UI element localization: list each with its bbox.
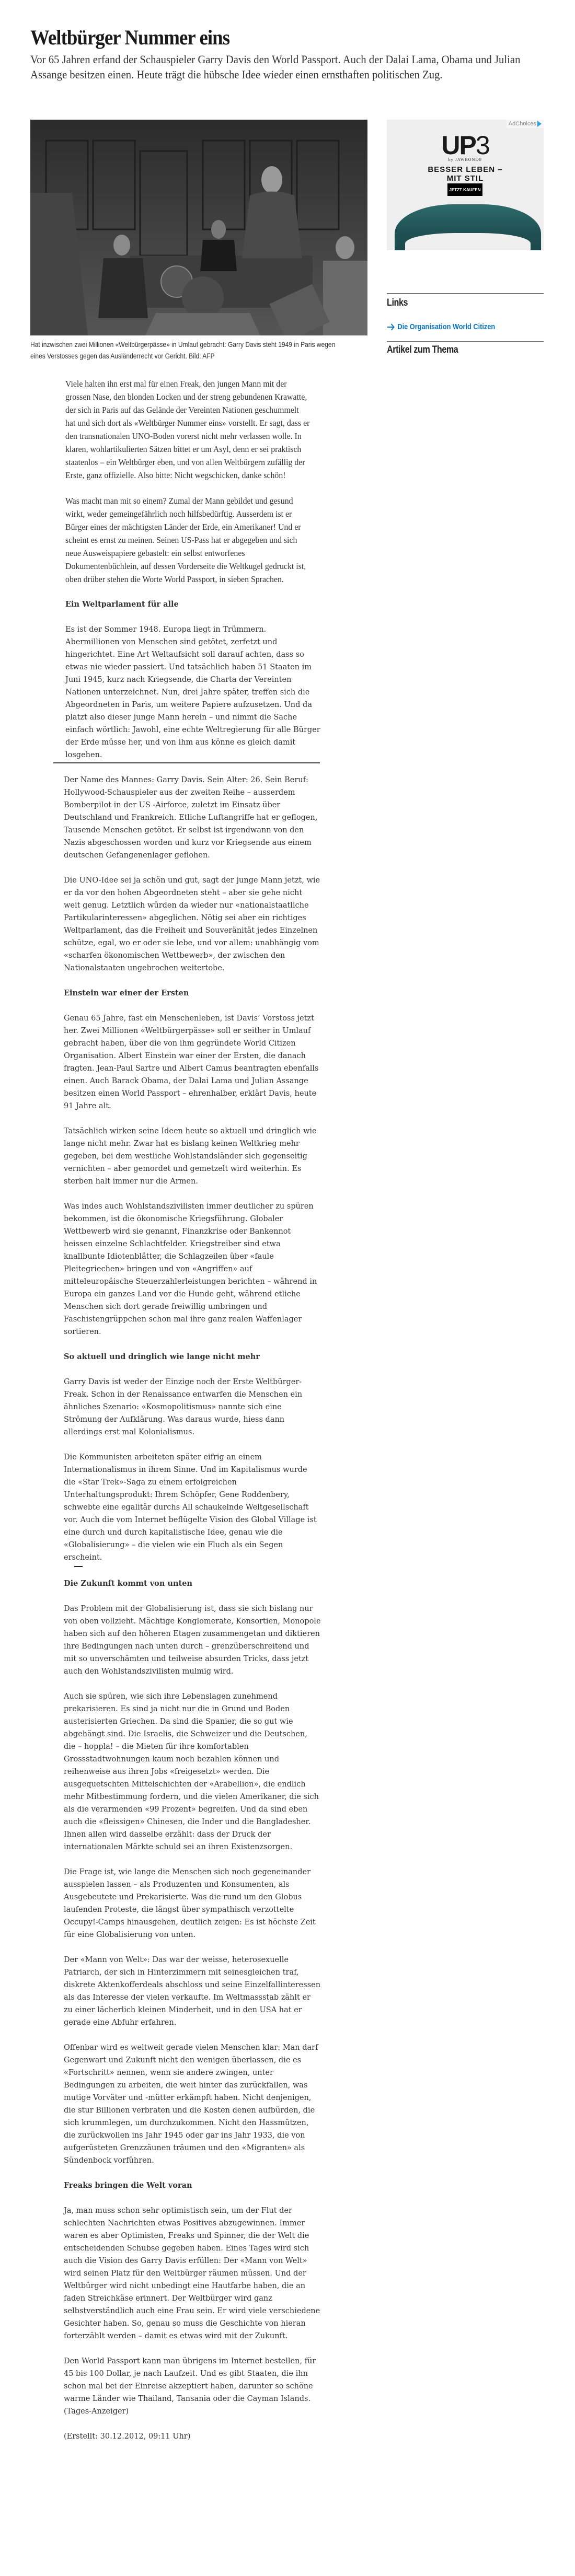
article-photo[interactable] xyxy=(30,120,367,335)
paragraph: Der «Mann von Welt»: Das war der weisse,… xyxy=(64,1954,321,2029)
paragraph: Auch sie spüren, wie sich ihre Lebenslag… xyxy=(64,1690,321,1853)
ad-brand: by JAWBONE® xyxy=(387,157,544,162)
divider xyxy=(74,1566,83,1567)
paragraph: Viele halten ihn erst mal für einen Frea… xyxy=(65,377,310,482)
paragraph: Was macht man mit so einem? Zumal der Ma… xyxy=(65,494,310,586)
article-body: Viele halten ihn erst mal für einen Frea… xyxy=(64,377,321,2455)
ad-buy-now-button[interactable]: JETZT KAUFEN xyxy=(447,183,482,196)
ad-slogan: BESSER LEBEN – MIT STIL xyxy=(387,165,544,183)
photo-caption: Hat inzwischen zwei Millionen «Weltbürge… xyxy=(30,339,345,362)
paragraph: Die UNO-Idee sei ja schön und gut, sagt … xyxy=(64,874,321,974)
article-header: Weltbürger Nummer eins Vor 65 Jahren erf… xyxy=(30,25,532,82)
paragraph: Das Problem mit der Globalisierung ist, … xyxy=(64,1603,321,1678)
link-label: Die Organisation World Citizen xyxy=(397,322,495,331)
arrow-right-icon xyxy=(387,323,395,331)
related-articles-section: Artikel zum Thema xyxy=(387,341,544,356)
section-heading: Die Zukunft kommt von unten xyxy=(64,1577,321,1590)
ad-banner[interactable]: AdChoices UP3 by JAWBONE® BESSER LEBEN –… xyxy=(387,120,544,250)
paragraph: Was indes auch Wohlstandszivilisten imme… xyxy=(64,1200,321,1338)
ad-logo: UP3 xyxy=(387,130,544,160)
section-heading: Ein Weltparlament für alle xyxy=(65,598,321,611)
paragraph: Den World Passport kann man übrigens im … xyxy=(64,2355,321,2418)
divider xyxy=(53,762,320,763)
intro-block: Viele halten ihn erst mal für einen Frea… xyxy=(64,377,321,761)
link-world-citizen[interactable]: Die Organisation World Citizen xyxy=(387,322,520,331)
links-heading: Links xyxy=(387,297,520,309)
section-heading: Einstein war einer der Ersten xyxy=(64,987,321,1000)
section-heading: So aktuell und dringlich wie lange nicht… xyxy=(64,1351,321,1363)
adchoices-badge[interactable]: AdChoices xyxy=(507,120,544,128)
related-heading: Artikel zum Thema xyxy=(387,344,520,356)
links-section: Links Die Organisation World Citizen xyxy=(387,293,544,331)
adchoices-label: AdChoices xyxy=(509,121,536,127)
courtroom-photo-image xyxy=(30,120,367,335)
paragraph: Der Name des Mannes: Garry Davis. Sein A… xyxy=(64,774,321,862)
paragraph: Garry Davis ist weder der Einzige noch d… xyxy=(64,1376,321,1438)
paragraph: Ja, man muss schon sehr optimistisch sei… xyxy=(64,2204,321,2342)
paragraph: Es ist der Sommer 1948. Europa liegt in … xyxy=(65,623,321,761)
paragraph: Tatsächlich wirken seine Ideen heute so … xyxy=(64,1125,321,1188)
adchoices-icon xyxy=(537,121,542,127)
paragraph: Genau 65 Jahre, fast ein Menschenleben, … xyxy=(64,1012,321,1112)
article-lead: Vor 65 Jahren erfand der Schauspieler Ga… xyxy=(30,52,531,82)
paragraph: Die Kommunisten arbeiteten später eifrig… xyxy=(64,1451,321,1564)
section-heading: Freaks bringen die Welt voran xyxy=(64,2179,321,2192)
paragraph: Offenbar wird es weltweit gerade vielen … xyxy=(64,2041,321,2167)
paragraph: Die Frage ist, wie lange die Menschen si… xyxy=(64,1866,321,1941)
sidebar: AdChoices UP3 by JAWBONE® BESSER LEBEN –… xyxy=(387,120,544,250)
wristband-product-image xyxy=(395,204,541,250)
article-title: Weltbürger Nummer eins xyxy=(30,25,492,50)
published-timestamp: (Erstellt: 30.12.2012, 09:11 Uhr) xyxy=(64,2430,321,2443)
